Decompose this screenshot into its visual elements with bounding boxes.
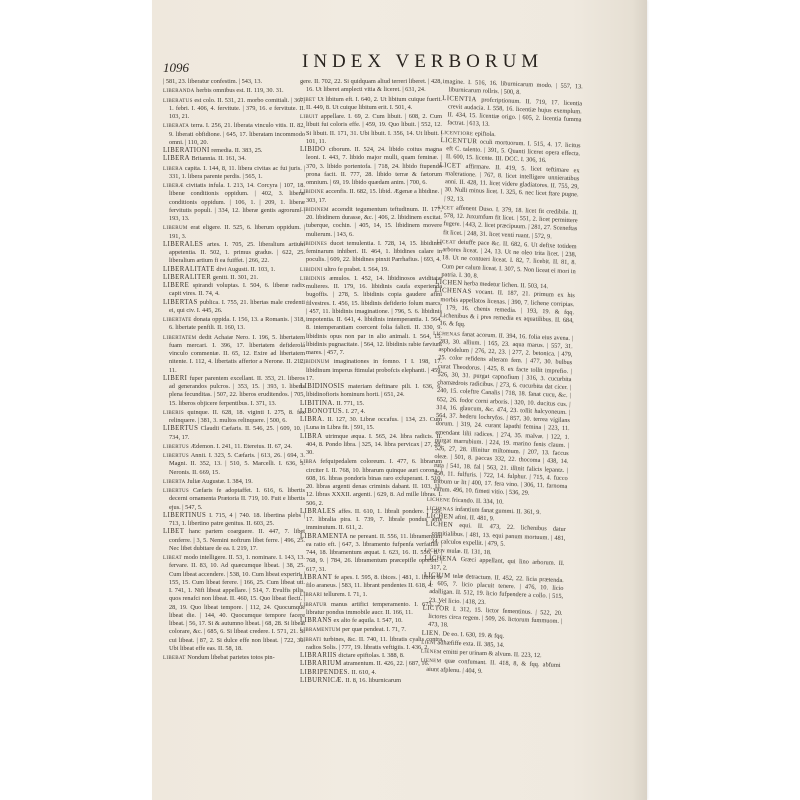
entry-headword: libidines [300, 239, 327, 247]
index-entry: LIBET hanc partem coarguere. II. 447, 7.… [163, 528, 305, 553]
entry-headword: LICHEN [426, 521, 454, 529]
index-entry: | 581, 23. liberatur confestim. | 543, 1… [163, 78, 305, 86]
index-entry: LICENTIA profcriptionum. II. 719, 17. li… [441, 94, 582, 132]
entry-references: II. 8, 16. liburnicarum [345, 677, 401, 684]
running-head: INDEX VERBORUM [302, 51, 622, 73]
index-entry: LIBONOTUS. I. 27, 4. [300, 408, 442, 416]
entry-references: per quæ pendeat. I. 71, 7. [342, 626, 406, 633]
entry-references: fuper parentem excellant. II. 353, 21. l… [169, 375, 305, 407]
entry-headword: libertus [163, 442, 189, 450]
entry-headword: libebat [163, 653, 186, 661]
index-entry: LIBERE spirandi voluptas. I. 504, 6. lib… [163, 282, 305, 299]
entry-headword: libertus [163, 486, 189, 494]
entry-headword: LIBERALITER [163, 274, 211, 281]
entry-references: Britannia. II. 161, 34. [192, 155, 246, 162]
index-entry: LIBRALES affes. II. 610, 1. librali pond… [300, 508, 442, 533]
entry-references: II. 610, 4. [352, 669, 377, 676]
index-entry: libertate donata oppida. I. 156, 13. a R… [163, 315, 305, 333]
index-entry: liberanda herbis omnibus est. II. 119, 3… [163, 86, 305, 95]
entry-headword: lieni [421, 637, 436, 646]
entry-references: fricando. II. 334, 10. [452, 496, 504, 505]
entry-headword: LICTOR [423, 604, 450, 612]
entry-headword: LIBIDINOSIS [300, 383, 344, 390]
entry-headword: liberata [163, 121, 189, 129]
entry-headword: LIBET [163, 528, 184, 535]
entry-headword: librati [300, 635, 321, 643]
entry-headword: LIBERATIONI [163, 147, 210, 154]
index-entry: liberum erat eligere. II. 525, 6. liberu… [163, 223, 305, 241]
entry-headword: LICENTIA [442, 94, 477, 102]
entry-references: spirandi voluptas. I. 504, 6. liberæ rad… [169, 282, 305, 297]
entry-headword: libidine [300, 187, 324, 195]
entry-references: atramentum. II. 426, 22. | 687, 16. [343, 660, 429, 667]
entry-references: II. 127, 30. Libræ occafus. | 134, 23. C… [306, 416, 442, 431]
entry-headword: libidinem [300, 205, 329, 213]
entry-headword: lienem [421, 647, 442, 656]
index-entry: libidinem accendit tegumentum teftudinum… [300, 205, 442, 239]
entry-references: Ædemon. I. 241, 11. Etereius. II. 67, 24… [191, 443, 292, 450]
entry-headword: LIBERTINUS [163, 512, 206, 519]
index-column-1: | 581, 23. liberatur confestim. | 543, 1… [163, 78, 305, 662]
entry-references: fanat acorum. II. 394, 16. folia eius av… [433, 330, 573, 496]
index-entry: liberis quinque. II. 628, 18. viginti I.… [163, 408, 305, 426]
entry-headword: lichen [425, 546, 445, 555]
index-entry: libidines ducet temulentia. I. 728, 14, … [300, 239, 442, 265]
index-entry: LIBERTINUS I. 715, 4 | 740. 18. libertin… [163, 512, 305, 529]
entry-headword: liberis [163, 408, 184, 416]
entry-headword: licet [438, 203, 454, 212]
entry-references: quæ confumant. II. 418, 8, & fqq. abfumi… [426, 658, 560, 675]
entry-references: civitatis infula. I. 213, 14. Corcyra | … [169, 182, 305, 222]
entry-headword: lichenas [433, 328, 460, 337]
index-entry: LIBERALITATE divi Augusti. II. 103, 1. [163, 266, 305, 274]
entry-headword: libuit [300, 112, 318, 120]
entry-headword: LIBERA [163, 155, 190, 162]
entry-headword: licentiore [441, 127, 474, 136]
entry-references: divi Augusti. II. 103, 1. [216, 266, 275, 273]
index-entry: LIBURNICÆ. II. 8, 16. liburnicarum [300, 677, 442, 685]
index-entry: libidine accenfis. II. 682, 15. libid. Æ… [300, 187, 442, 205]
entry-headword: liberta [163, 477, 186, 485]
entry-headword: liberum [163, 223, 188, 231]
page-number: 1096 [163, 60, 189, 76]
entry-references: remedia. II. 383, 25. [211, 147, 262, 154]
index-entry: liberæ civitatis infula. I. 213, 14. Cor… [163, 181, 305, 223]
entry-references: utrimque æqua. I. 565, 24. libra radicis… [306, 433, 442, 457]
entry-headword: libet [300, 95, 316, 103]
index-entry: LIBRANT fe apes. I. 595, 8. ibices. | 48… [300, 574, 442, 591]
entry-headword: libratur [300, 600, 327, 608]
entry-headword: LIBERE [163, 282, 189, 289]
index-entry: libeat modo intelligere. II. 53, 1. nomi… [163, 553, 305, 653]
entry-references: ducet temulentia. I. 728, 14, 15. libidi… [306, 240, 442, 264]
entry-headword: LIBRARIUM [300, 660, 342, 667]
entry-references: affirmare. II. 419, 5. licet teftimare e… [444, 162, 579, 202]
entry-headword: LICIUM [424, 571, 451, 579]
index-entry: LICET affirmare. II. 419, 5. licet tefti… [438, 161, 579, 208]
entry-headword: libra [300, 457, 317, 465]
index-entry: libertus Annii. I. 323, 5. Cæfaris. | 61… [163, 451, 305, 477]
index-entry: libet Ut libitum eft. I. 640, 2. Ut libi… [300, 95, 442, 113]
index-entry: LIBIDINOSIS materiam deftinare pili. I. … [300, 383, 442, 400]
entry-references: ultro fe prabet. I. 564, 19. [324, 266, 389, 273]
entry-headword: LIEN. [422, 629, 441, 637]
entry-references: Juliæ Augustæ. I. 384, 19. [187, 478, 253, 485]
entry-references: erat eligere. II. 525, 6. liberum oppidu… [169, 224, 305, 239]
entry-headword: libidinis [300, 274, 326, 282]
entry-references: accenfis. II. 682, 15. libid. Ægenæ a li… [306, 188, 442, 203]
index-entry: libidini ultro fe prabet. I. 564, 19. [300, 265, 442, 274]
entry-headword: LIBRA [300, 433, 322, 440]
index-entry: gere. II. 702, 22. Si quidquam aliud ter… [300, 78, 442, 95]
entry-references: tellurem. I. 71, 1. [324, 591, 368, 598]
entry-references: appellare. I. 69, 2. Cum libuit. | 608, … [306, 113, 442, 145]
index-entry: LIBERALITER geniti. II. 301, 21. [163, 274, 305, 282]
index-entry: LIBITINA. II. 771, 15. [300, 400, 442, 408]
entry-headword: liberæ [163, 181, 184, 189]
index-entry: LIBERTAS publica. I. 755, 21. libertas m… [163, 299, 305, 316]
entry-headword: LIBERI [163, 375, 187, 382]
entry-headword: LICHEN [426, 513, 454, 521]
entry-headword: lienem [420, 656, 441, 665]
entry-references: dictare epiftolas. I. 388, 8. [338, 652, 404, 659]
entry-headword: libeat [163, 553, 182, 561]
entry-headword: libertus [163, 451, 189, 459]
index-entry: libertus Ædemon. I. 241, 11. Etereius. I… [163, 442, 305, 451]
entry-references: fefquipedalem coloreum. I. 477, 6. libra… [306, 458, 442, 506]
index-entry: LIBRAMENTA ne pereant. II. 556, 11. libr… [300, 533, 442, 574]
index-entry: librari tellurem. I. 71, 1. [300, 590, 442, 599]
index-entry: LIBRA utrimque æqua. I. 565, 24. libra r… [300, 433, 442, 458]
entry-headword: libidinum [300, 357, 329, 365]
entry-references: mulæ. II. 131, 18. [446, 547, 491, 556]
entry-headword: LICENTUR [440, 137, 477, 145]
entry-headword: libera [163, 164, 183, 172]
entry-references: deiuffe pace &c. II. 682, 6. Ut defixe t… [441, 238, 576, 279]
index-entry: LIBRA. II. 127, 30. Libræ occafus. | 134… [300, 416, 442, 433]
entry-headword: liberatus [163, 96, 193, 104]
entry-references: afini. II. 481, 9. [455, 514, 495, 523]
entry-headword: LIBERTAS [163, 299, 198, 306]
entry-references: Nondum libebat parietes totos pin- [187, 654, 274, 661]
entry-references: II. 771, 15. [336, 400, 364, 407]
entry-references: hanc partem coarguere. II. 447, 7. libet… [169, 528, 305, 552]
entry-references: ciborum. II. 524, 24. libido coitus magn… [306, 146, 442, 186]
index-entry: liberta Juliæ Augustæ. I. 384, 19. [163, 477, 305, 486]
entry-headword: LIBRANT [300, 574, 332, 581]
index-column-2: gere. II. 702, 22. Si quidquam aliud ter… [300, 78, 442, 685]
index-entry: libidinum imaginationes in fomno. I I. 1… [300, 357, 442, 383]
entry-headword: LIBERTUS [163, 425, 198, 432]
index-entry: LIBERTUS Claudii Cæfaris. II. 546, 25. |… [163, 425, 305, 442]
index-entry: liceat deiuffe pace &c. II. 682, 6. Ut d… [435, 237, 577, 285]
entry-headword: librari [300, 590, 322, 598]
entry-headword: LIBERALES [163, 241, 203, 248]
index-entry: libertatem dedit Achaiæ Nero. I. 196, 5.… [163, 333, 305, 375]
index-entry: libertus Cæfaris fe adoptaffet. I. 616, … [163, 486, 305, 512]
entry-headword: LICHEN [435, 279, 463, 287]
index-entry: LIBIDO ciborum. II. 524, 24. libido coit… [300, 146, 442, 187]
entry-headword: LIBRARIIS [300, 652, 337, 659]
entry-references: geniti. II. 301, 21. [213, 274, 258, 281]
index-entry: libidinis æmulos. I. 452, 14. libidinoso… [300, 274, 442, 358]
entry-headword: LIBERALITATE [163, 266, 215, 273]
entry-headword: LIBRAMENTA [300, 533, 348, 540]
entry-references: epiftola. [475, 130, 496, 138]
entry-headword: LICHENAS [435, 287, 472, 295]
entry-headword: LIBRANS [300, 617, 332, 624]
entry-references: capita. I. 144, 8, 11. libera civitas ac… [169, 165, 305, 180]
index-entry: LIBERATIONI remedia. II. 383, 25. [163, 147, 305, 155]
entry-headword: LIBONOTUS. [300, 408, 344, 415]
entry-headword: LIBRA. [300, 416, 325, 423]
entry-headword: LIBRIPENDES. [300, 669, 350, 676]
entry-references: terra. I. 256, 21. liberata vinculo viti… [169, 122, 305, 146]
entry-headword: libramentum [300, 625, 341, 633]
entry-headword: LICHENA [424, 555, 457, 563]
entry-headword: libidini [300, 265, 323, 273]
entry-headword: liberanda [163, 86, 195, 94]
entry-references: herbis omnibus est. II. 119, 30. 31. [196, 87, 283, 94]
index-column-3: imagine. I. 516, 16. liburnicarum modo. … [420, 78, 583, 679]
index-entry: liberatus est colo. II. 531, 21. morbo c… [163, 96, 305, 122]
entry-references: affenent Duso. I. 379, 18. licet fit cre… [443, 204, 578, 239]
entry-headword: libertatem [163, 333, 196, 341]
index-entry: LIBERALES artes. I. 705, 25. liberalium … [163, 241, 305, 266]
entry-references: Annii. I. 323, 5. Cæfaris. | 613, 26. | … [169, 452, 305, 476]
entry-references: ex alto fe aquila. I. 547, 10. [333, 617, 402, 624]
entry-references: gere. II. 702, 22. Si quidquam aliud ter… [300, 78, 442, 93]
entry-headword: LIBIDO [300, 146, 325, 153]
entry-headword: lichenas [426, 503, 453, 512]
entry-references: quinque. II. 628, 18. viginti I. 275, 8.… [169, 409, 305, 424]
index-entry: libratur manus artifici temperamento. I.… [300, 600, 442, 618]
index-entry: LIBERI fuper parentem excellant. II. 353… [163, 375, 305, 408]
index-entry: licet affenent Duso. I. 379, 18. licet f… [437, 203, 578, 242]
entry-references: I. 27, 4. [346, 408, 365, 415]
entry-references: | 581, 23. liberatur confestim. | 543, 1… [163, 78, 262, 85]
entry-references: Cæfaris fe adoptaffet. I. 616, 6. libert… [169, 487, 305, 511]
index-entry: LICIUM telæ detractum. II. 452, 22. lici… [423, 571, 564, 609]
index-entry: liberata terra. I. 256, 21. liberata vin… [163, 121, 305, 147]
entry-headword: LICET [440, 161, 462, 169]
index-entry: libera capita. I. 144, 8, 11. libera civ… [163, 164, 305, 182]
index-entry: libra fefquipedalem coloreum. I. 477, 6.… [300, 457, 442, 508]
index-entry: LICHENAS vocant. II. 187, 21. primum ex … [433, 287, 574, 334]
entry-headword: libertate [163, 315, 192, 323]
index-entry: LIBRANS ex alto fe aquila. I. 547, 10. [300, 617, 442, 625]
entry-references: Ut libitum eft. I. 640, 2. Ut libitum cu… [306, 96, 442, 111]
entry-headword: LIBURNICÆ. [300, 677, 344, 684]
entry-headword: LIBRALES [300, 508, 336, 515]
entry-headword: LIBITINA. [300, 400, 335, 407]
entry-references: modo intelligere. II. 53, 1. nominare. I… [169, 554, 305, 652]
index-entry: libuit appellare. I. 69, 2. Cum libuit. … [300, 112, 442, 146]
entry-headword: liceat [437, 237, 456, 246]
index-entry: libebat Nondum libebat parietes totos pi… [163, 653, 305, 662]
index-entry: LIBERA Britannia. II. 161, 34. [163, 155, 305, 163]
entry-references: æmulos. I. 452, 14. libidinosos aviditat… [306, 275, 442, 356]
index-entry: lichenas fanat acorum. II. 394, 16. foli… [427, 328, 573, 499]
entry-headword: lichene [427, 494, 451, 503]
